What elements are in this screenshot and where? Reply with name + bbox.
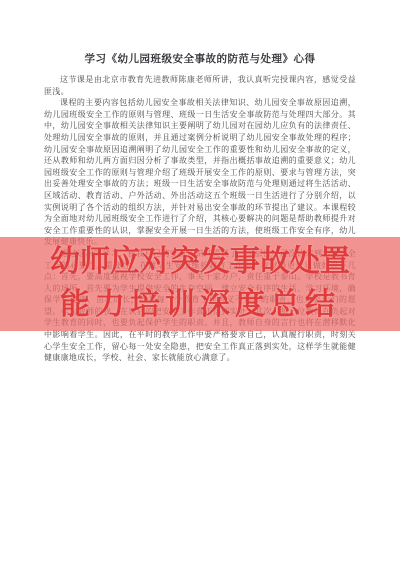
watermark-title-line2: 能力培训深度总结	[0, 283, 400, 326]
document-paragraph-intro: 这节课是由北京市教育先进教师陈康老师所讲，我认真听完授课内容，感觉受益匪浅。	[44, 74, 356, 97]
watermark-title: 幼师应对突发事故处置 能力培训深度总结	[0, 240, 400, 326]
document-paragraph-course-content: 课程的主要内容包括幼儿园安全事故相关法律知识、幼儿园安全事故原因追溯，幼儿园班级…	[44, 97, 356, 248]
document-page: 学习《幼儿园班级安全事故的防范与处理》心得 这节课是由北京市教育先进教师陈康老师…	[0, 0, 400, 566]
watermark-title-line1: 幼师应对突发事故处置	[0, 240, 400, 283]
document-title: 学习《幼儿园班级安全事故的防范与处理》心得	[44, 51, 356, 66]
